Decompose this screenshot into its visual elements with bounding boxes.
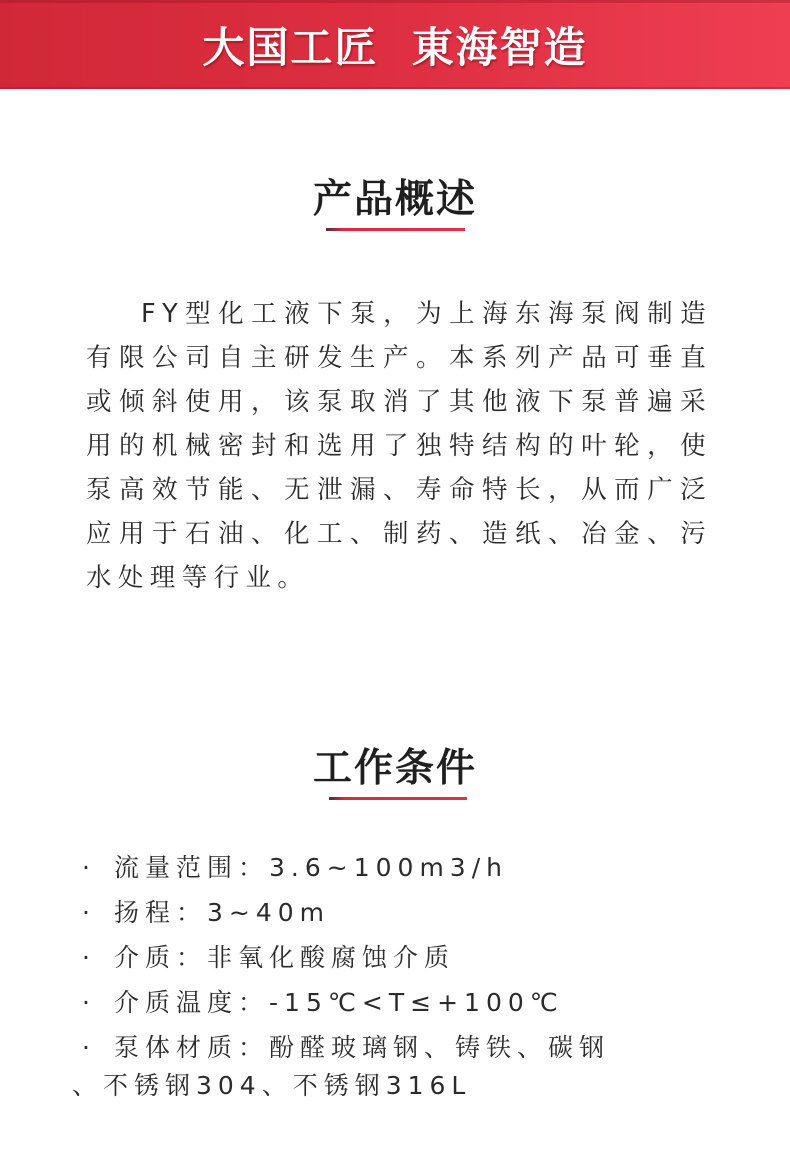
condition-label: 流量范围： xyxy=(114,853,269,882)
condition-value: 3.6~100m3/h xyxy=(269,853,508,882)
condition-item-flow: ·流量范围：3.6~100m3/h xyxy=(76,845,726,890)
overview-title-underline xyxy=(326,228,465,231)
conditions-list: ·流量范围：3.6~100m3/h ·扬程：3~40m ·介质：非氧化酸腐蚀介质… xyxy=(76,845,726,1070)
condition-item-temperature: ·介质温度：-15℃<T≤+100℃ xyxy=(76,980,726,1025)
condition-item-medium: ·介质：非氧化酸腐蚀介质 xyxy=(76,935,726,980)
bullet-icon: · xyxy=(76,980,114,1025)
conditions-title: 工作条件 xyxy=(0,737,790,793)
condition-material-continuation: 、不锈钢304、不锈钢316L xyxy=(72,1063,471,1108)
bullet-icon: · xyxy=(76,935,114,980)
overview-title: 产品概述 xyxy=(0,168,790,224)
bullet-icon: · xyxy=(76,890,114,935)
condition-label: 扬程： xyxy=(114,898,207,927)
condition-value: -15℃<T≤+100℃ xyxy=(269,988,564,1017)
condition-item-head: ·扬程：3~40m xyxy=(76,890,726,935)
bullet-icon: · xyxy=(76,845,114,890)
condition-value: 3~40m xyxy=(207,898,330,927)
header-banner: 大国工匠 東海智造 xyxy=(0,0,790,89)
overview-paragraph: FY型化工液下泵，为上海东海泵阀制造有限公司自主研发生产。本系列产品可垂直或倾斜… xyxy=(86,292,712,600)
condition-label: 介质： xyxy=(114,943,207,972)
condition-label: 介质温度： xyxy=(114,988,269,1017)
condition-value: 非氧化酸腐蚀介质 xyxy=(207,943,455,972)
condition-value: 酚醛玻璃钢、铸铁、碳钢 xyxy=(269,1033,610,1062)
conditions-title-underline xyxy=(329,797,467,800)
banner-title: 大国工匠 東海智造 xyxy=(202,15,587,75)
condition-label: 泵体材质： xyxy=(114,1033,269,1062)
